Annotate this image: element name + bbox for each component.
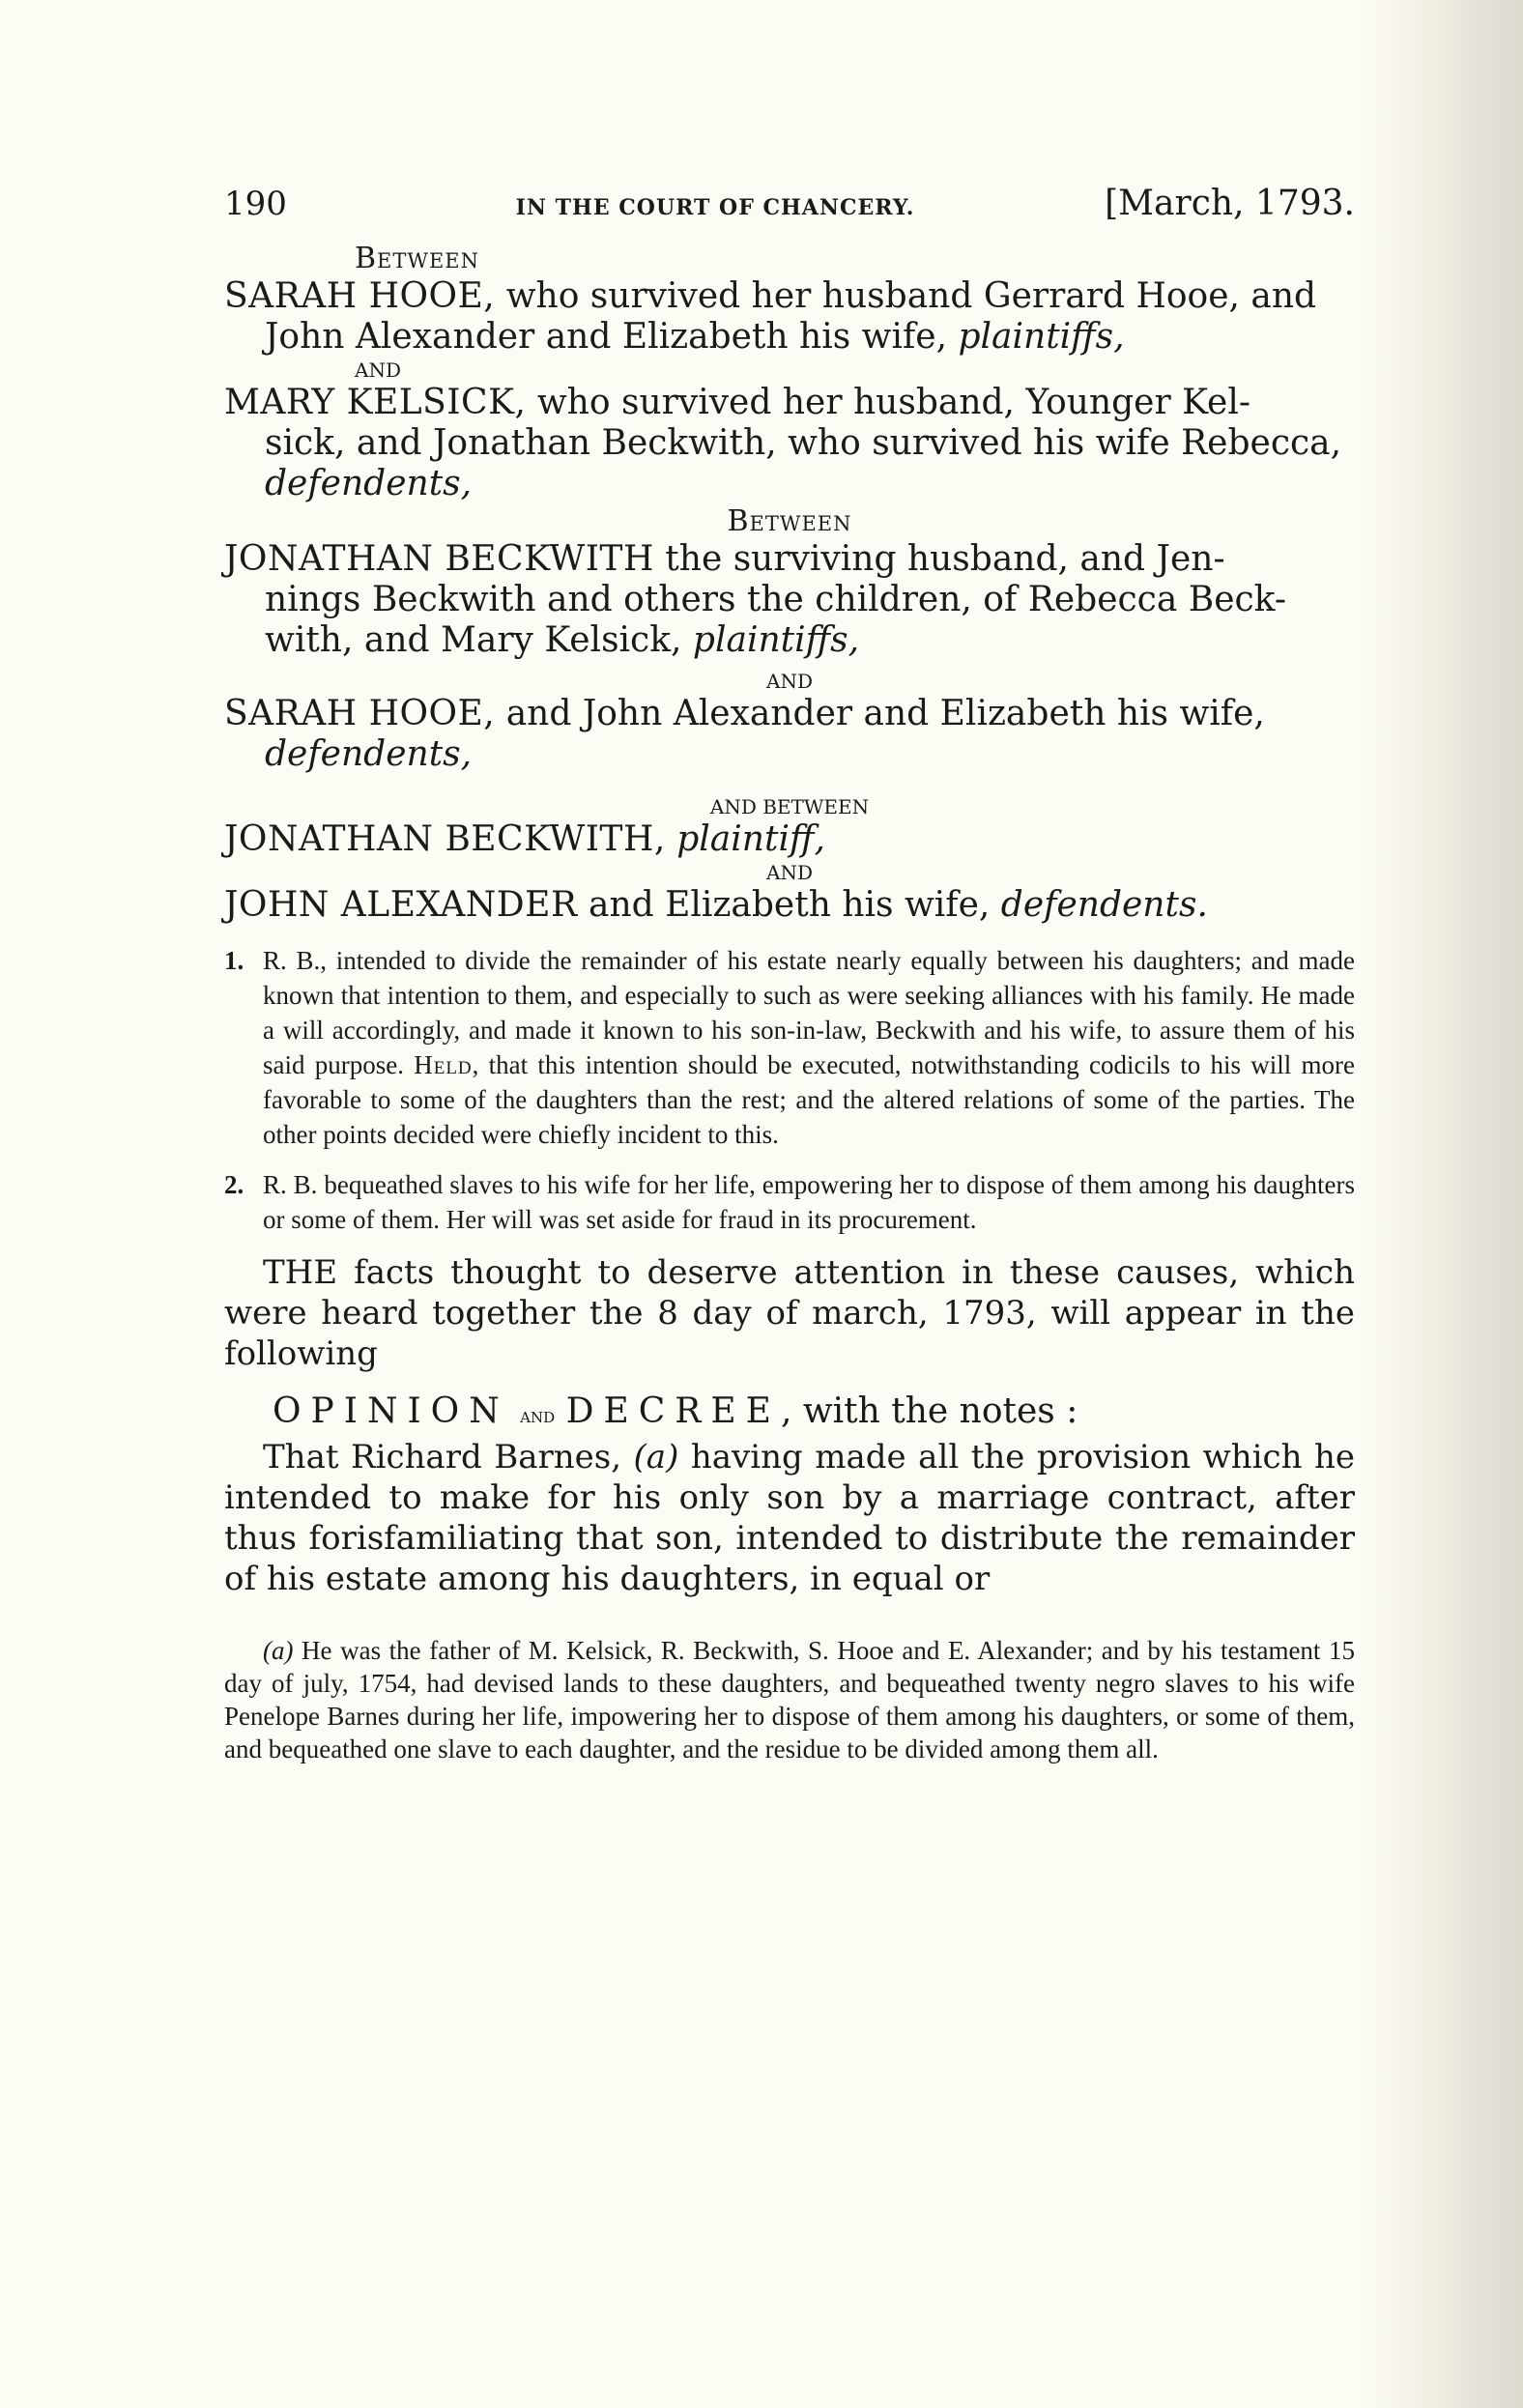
intro-lead: THE xyxy=(263,1253,337,1292)
plaintiffs-party: JONATHAN BECKWITH, plaintiff, xyxy=(224,819,1355,860)
plaintiffs-party: SARAH HOOE, who survived her husband Ger… xyxy=(224,276,1355,358)
defendants-party: JOHN ALEXANDER and Elizabeth his wife, d… xyxy=(224,885,1355,926)
suit-3: AND BETWEEN JONATHAN BECKWITH, plaintiff… xyxy=(224,794,1355,926)
plaintiffs-party: JONATHAN BECKWITH the surviving husband,… xyxy=(224,539,1355,661)
description-text: John Alexander and Elizabeth his wife, xyxy=(265,317,958,357)
opinion-paragraph: That Richard Barnes, (a) having made all… xyxy=(224,1437,1355,1599)
page-number: 190 xyxy=(224,185,287,223)
opinion-text: That Richard Barnes, xyxy=(263,1438,634,1476)
party-name: JONATHAN BECKWITH xyxy=(224,539,654,579)
party-description: who survived her husband, Younger Kel- xyxy=(526,383,1250,422)
party-description xyxy=(666,819,676,859)
held-label: Held xyxy=(414,1050,472,1079)
and-between-label: AND BETWEEN xyxy=(224,794,1355,819)
decree-word: DECREE xyxy=(566,1391,781,1431)
opinion-suffix: , with the notes : xyxy=(781,1391,1078,1431)
and-label: AND xyxy=(224,860,1355,885)
suit-2: Between JONATHAN BECKWITH the surviving … xyxy=(224,504,1355,775)
party-name: SARAH HOOE, xyxy=(224,694,495,733)
running-head-date: [March, 1793. xyxy=(1105,184,1355,223)
headnote-number: 2. xyxy=(224,1167,263,1237)
between-label: Between xyxy=(224,242,1355,276)
defendants-party: SARAH HOOE, and John Alexander and Eliza… xyxy=(224,694,1355,775)
party-description-continued: sick, and Jonathan Beckwith, who survive… xyxy=(224,423,1355,464)
party-description-continued: nings Beckwith and others the children, … xyxy=(224,580,1355,661)
party-description: who survived her husband Gerrard Hooe, a… xyxy=(495,276,1316,316)
party-name: JOHN ALEXANDER xyxy=(224,885,578,925)
intro-paragraph: THE facts thought to deserve attention i… xyxy=(224,1252,1355,1374)
headnote-1: 1. R. B., intended to divide the remaind… xyxy=(224,943,1355,1152)
suit-1: Between SARAH HOOE, who survived her hus… xyxy=(224,242,1355,504)
party-name: JONATHAN BECKWITH, xyxy=(224,819,666,859)
party-role: defendents, xyxy=(224,734,1355,775)
headnotes: 1. R. B., intended to divide the remaind… xyxy=(224,943,1355,1237)
party-description: the surviving husband, and Jen- xyxy=(654,539,1225,579)
and-label: AND xyxy=(224,669,1355,694)
headnote-number: 1. xyxy=(224,943,263,1152)
opinion-connector: and xyxy=(520,1404,555,1428)
footnote-marker: (a) xyxy=(263,1636,293,1665)
party-role: plaintiff, xyxy=(676,819,825,859)
party-role: plaintiffs, xyxy=(958,317,1124,357)
party-role: defendents, xyxy=(224,464,1355,504)
opinion-word: OPINION xyxy=(273,1391,509,1431)
footnote-anchor[interactable]: (a) xyxy=(634,1438,679,1476)
party-role: defendents. xyxy=(1001,885,1208,925)
headnote-text: R. B., intended to divide the remainder … xyxy=(263,943,1355,1152)
footnote-text: He was the father of M. Kelsick, R. Beck… xyxy=(224,1636,1355,1763)
party-description: and John Alexander and Elizabeth his wif… xyxy=(495,694,1265,733)
opinion-heading: OPINION and DECREE, with the notes : xyxy=(273,1391,1355,1431)
description-text: sick, and Jonathan Beckwith, who survive… xyxy=(265,423,1341,463)
court-title: IN THE COURT OF CHANCERY. xyxy=(516,195,915,220)
defendants-party: MARY KELSICK, who survived her husband, … xyxy=(224,383,1355,504)
footnote-a: (a) He was the father of M. Kelsick, R. … xyxy=(224,1634,1355,1765)
headnote-text: R. B. bequeathed slaves to his wife for … xyxy=(263,1167,1355,1237)
party-name: SARAH HOOE, xyxy=(224,276,495,316)
running-head: 190 IN THE COURT OF CHANCERY. [March, 17… xyxy=(224,184,1355,242)
headnote-2: 2. R. B. bequeathed slaves to his wife f… xyxy=(224,1167,1355,1237)
party-role: plaintiffs, xyxy=(693,620,859,660)
party-description: and Elizabeth his wife, xyxy=(578,885,1001,925)
and-label: AND xyxy=(224,358,1355,383)
party-description-continued: John Alexander and Elizabeth his wife, p… xyxy=(224,317,1355,358)
intro-text: facts thought to deserve attention in th… xyxy=(224,1253,1355,1373)
party-name: MARY KELSICK, xyxy=(224,383,526,422)
between-label: Between xyxy=(224,504,1355,539)
page-gutter-shadow xyxy=(1359,0,1523,2408)
book-page: 190 IN THE COURT OF CHANCERY. [March, 17… xyxy=(224,184,1355,1765)
